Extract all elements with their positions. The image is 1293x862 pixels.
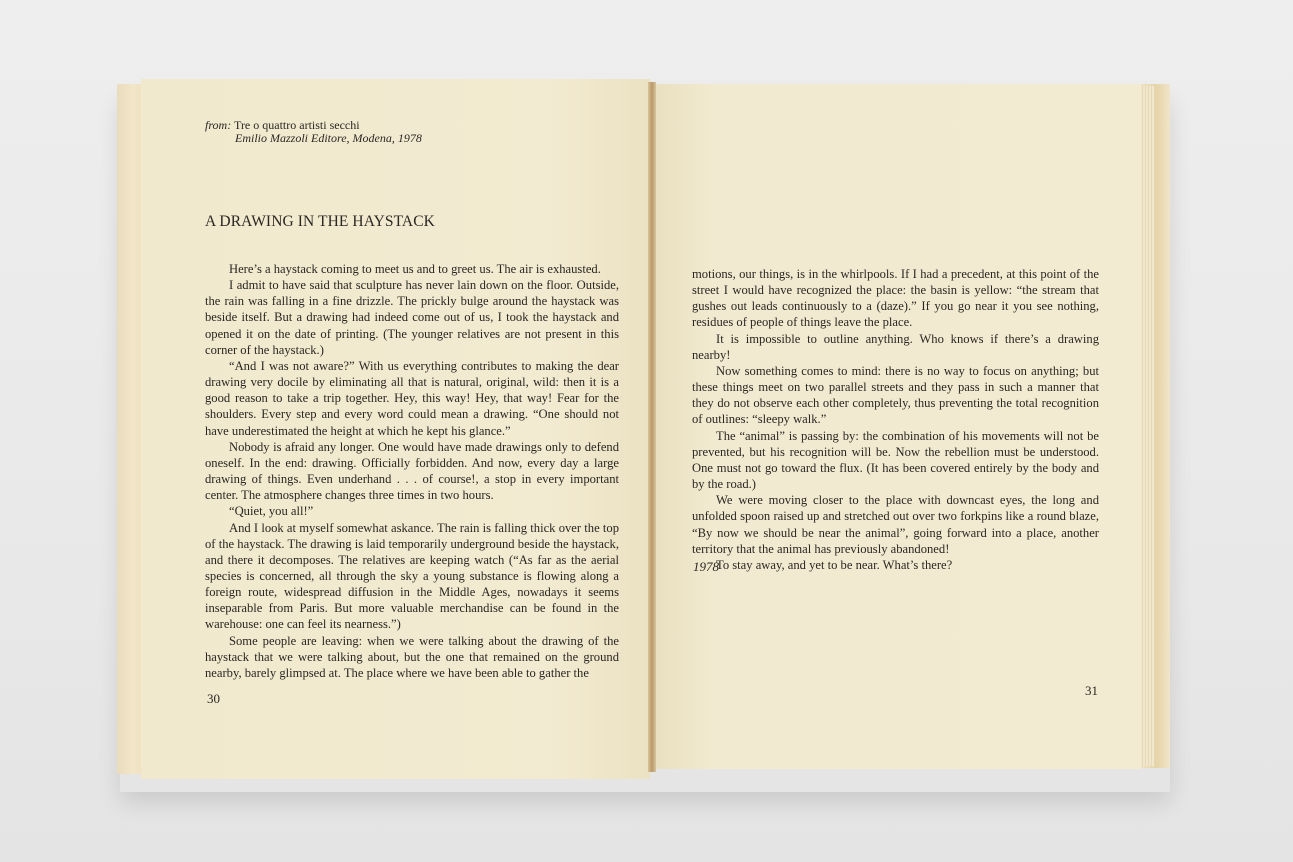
source-citation: from: Tre o quattro artisti secchi Emili… <box>205 119 422 145</box>
source-work: Tre o quattro artisti secchi <box>234 118 360 132</box>
paragraph: Nobody is afraid any longer. One would h… <box>205 439 619 504</box>
paragraph: Now something comes to mind: there is no… <box>692 363 1099 428</box>
paragraph: We were moving closer to the place with … <box>692 492 1099 557</box>
page-number-right: 31 <box>1085 683 1098 699</box>
paragraph: It is impossible to outline anything. Wh… <box>692 331 1099 363</box>
essay-date: 1978 <box>693 559 719 575</box>
right-page-body: motions, our things, is in the whirlpool… <box>692 266 1099 573</box>
paragraph: The “animal” is passing by: the combinat… <box>692 428 1099 493</box>
chapter-title: A DRAWING IN THE HAYSTACK <box>205 213 435 231</box>
page-edges <box>1140 86 1154 766</box>
book-gutter <box>648 82 656 772</box>
source-publisher: Emilio Mazzoli Editore, Modena, 1978 <box>205 132 422 145</box>
paragraph: I admit to have said that sculpture has … <box>205 277 619 358</box>
paragraph: Some people are leaving: when we were ta… <box>205 633 619 681</box>
paragraph: And I look at myself somewhat askance. T… <box>205 520 619 633</box>
paragraph: “And I was not aware?” With us everythin… <box>205 358 619 439</box>
source-label: from: <box>205 118 231 132</box>
paragraph: To stay away, and yet to be near. What’s… <box>692 557 1099 573</box>
left-page-body: Here’s a haystack coming to meet us and … <box>205 261 619 681</box>
page-number-left: 30 <box>207 691 220 707</box>
paragraph: motions, our things, is in the whirlpool… <box>692 266 1099 331</box>
paragraph: Here’s a haystack coming to meet us and … <box>205 261 619 277</box>
paragraph: “Quiet, you all!” <box>205 503 619 519</box>
